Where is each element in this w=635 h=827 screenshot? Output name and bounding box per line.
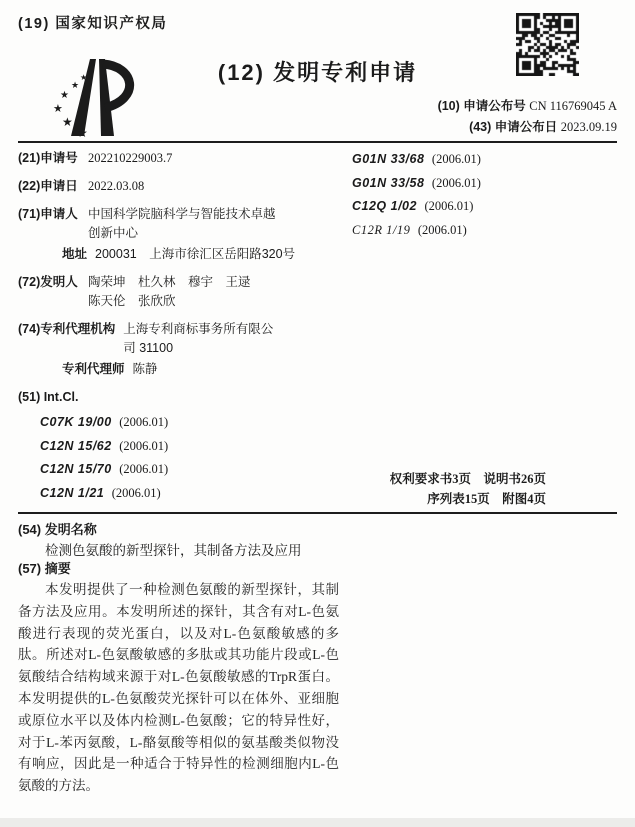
ipc-code: C12Q 1/02 bbox=[352, 199, 417, 213]
application-date-row: (22)申请日 2022.03.08 bbox=[18, 177, 338, 196]
ipc-version: (2006.01) bbox=[424, 199, 473, 213]
abstract-label: (57) 摘要 bbox=[18, 558, 71, 577]
application-number-row: (21)申请号 202210229003.7 bbox=[18, 149, 338, 168]
application-date-value: 2022.03.08 bbox=[88, 177, 144, 196]
address-value: 200031 上海市徐汇区岳阳路320号 bbox=[95, 245, 295, 264]
ipc-version: (2006.01) bbox=[432, 176, 481, 190]
ipc-entry: C12R 1/19 (2006.01) bbox=[352, 221, 616, 240]
svg-text:★: ★ bbox=[53, 103, 63, 115]
ipc-version: (2006.01) bbox=[119, 462, 168, 476]
ipc-code: C12N 15/70 bbox=[40, 462, 112, 476]
agent-label: 专利代理师 bbox=[62, 360, 125, 379]
agent-row: 专利代理师 陈静 bbox=[62, 360, 338, 379]
applicant-label: (71)申请人 bbox=[18, 205, 88, 243]
publication-number-value: CN 116769045 A bbox=[529, 99, 617, 113]
application-number-value: 202210229003.7 bbox=[88, 149, 172, 168]
ipc-code: C12N 1/21 bbox=[40, 486, 104, 500]
bibliographic-left-column: (21)申请号 202210229003.7 (22)申请日 2022.03.0… bbox=[18, 149, 338, 507]
publication-info: (10) 申请公布号 CN 116769045 A (43) 申请公布日 202… bbox=[438, 96, 617, 138]
agent-value: 陈静 bbox=[133, 360, 158, 379]
address-row: 地址 200031 上海市徐汇区岳阳路320号 bbox=[62, 245, 338, 264]
ipc-version: (2006.01) bbox=[112, 486, 161, 500]
ipc-version: (2006.01) bbox=[119, 439, 168, 453]
ipc-entry: G01N 33/68 (2006.01) bbox=[352, 150, 616, 169]
ipc-entry: C07K 19/00 (2006.01) bbox=[40, 413, 338, 432]
ipc-code: C12R 1/19 bbox=[352, 223, 410, 237]
ipc-entry: C12N 15/70 (2006.01) bbox=[40, 460, 338, 479]
publication-date-line: (43) 申请公布日 2023.09.19 bbox=[438, 117, 617, 138]
inventors-value: 陶荣坤 杜久林 穆宇 王逯 陈天伦 张欣欣 bbox=[88, 273, 251, 311]
header-divider bbox=[18, 141, 617, 143]
applicant-row: (71)申请人 中国科学院脑科学与智能技术卓越 创新中心 bbox=[18, 205, 338, 243]
publication-date-value: 2023.09.19 bbox=[561, 120, 617, 134]
agency-label: (74)专利代理机构 bbox=[18, 320, 115, 358]
inventors-label: (72)发明人 bbox=[18, 273, 88, 311]
publication-number-label: (10) 申请公布号 bbox=[438, 99, 526, 113]
svg-text:★: ★ bbox=[77, 126, 88, 140]
publication-number-line: (10) 申请公布号 CN 116769045 A bbox=[438, 96, 617, 117]
ipc-version: (2006.01) bbox=[418, 223, 467, 237]
agency-row: (74)专利代理机构 上海专利商标事务所有限公 司 31100 bbox=[18, 320, 338, 358]
abstract-text: 本发明提供了一种检测色氨酸的新型探针，其制备方法及应用。本发明所述的探针，其含有… bbox=[18, 579, 339, 797]
ipc-entry: C12N 1/21 (2006.01) bbox=[40, 484, 338, 503]
office-name: (19) 国家知识产权局 bbox=[18, 12, 167, 33]
ipc-version: (2006.01) bbox=[432, 152, 481, 166]
inventors-row: (72)发明人 陶荣坤 杜久林 穆宇 王逯 陈天伦 张欣欣 bbox=[18, 273, 338, 311]
svg-text:★: ★ bbox=[60, 90, 69, 101]
page-bottom-edge bbox=[0, 818, 635, 827]
agency-value: 上海专利商标事务所有限公 司 31100 bbox=[123, 320, 273, 358]
invention-title: 检测色氨酸的新型探针，其制备方法及应用 bbox=[18, 539, 348, 559]
section-divider bbox=[18, 512, 617, 514]
publication-date-label: (43) 申请公布日 bbox=[469, 120, 557, 134]
svg-text:★: ★ bbox=[62, 115, 73, 129]
ipc-entry: C12N 15/62 (2006.01) bbox=[40, 437, 338, 456]
ipc-entry: C12Q 1/02 (2006.01) bbox=[352, 197, 616, 216]
application-number-label: (21)申请号 bbox=[18, 149, 88, 168]
ipc-entry: G01N 33/58 (2006.01) bbox=[352, 174, 616, 193]
ipc-code: C12N 15/62 bbox=[40, 439, 112, 453]
document-type-title: (12) 发明专利申请 bbox=[0, 56, 635, 87]
ipc-code: G01N 33/58 bbox=[352, 176, 424, 190]
ipc-code: G01N 33/68 bbox=[352, 152, 424, 166]
ipc-code: C07K 19/00 bbox=[40, 415, 112, 429]
pages-summary: 权利要求书3页 说明书26页 序列表15页 附图4页 bbox=[390, 469, 546, 509]
bibliographic-right-column: G01N 33/68 (2006.01) G01N 33/58 (2006.01… bbox=[352, 150, 616, 244]
invention-title-label: (54) 发明名称 bbox=[18, 519, 97, 538]
applicant-value: 中国科学院脑科学与智能技术卓越 创新中心 bbox=[88, 205, 276, 243]
int-cl-label: (51) Int.Cl. bbox=[18, 388, 338, 407]
address-label: 地址 bbox=[62, 245, 87, 264]
application-date-label: (22)申请日 bbox=[18, 177, 88, 196]
ipc-version: (2006.01) bbox=[119, 415, 168, 429]
patent-cover-page: (19) 国家知识产权局 ★ ★ ★ ★ ★ ★ (12) 发明专利申请 (10… bbox=[0, 0, 635, 827]
